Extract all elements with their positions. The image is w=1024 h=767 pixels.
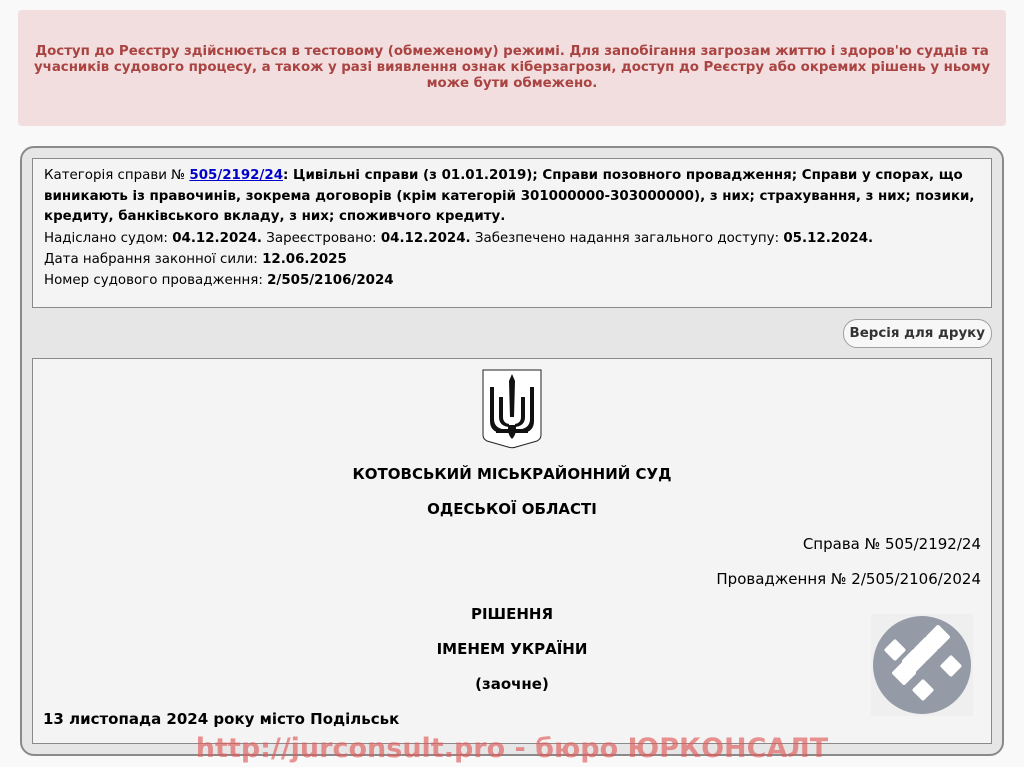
sent-date: 04.12.2024. <box>172 231 262 246</box>
decision-document: КОТОВСЬКИЙ МІСЬКРАЙОННИЙ СУД ОДЕСЬКОЇ ОБ… <box>32 358 992 744</box>
access-notice-text: Доступ до Реєстру здійснюється в тестово… <box>34 44 990 92</box>
case-number: Справа № 505/2192/24 <box>803 535 981 553</box>
decision-container: Категорія справи № 505/2192/24: Цивільні… <box>20 146 1004 756</box>
category-label: Категорія справи № <box>44 168 189 183</box>
court-name: КОТОВСЬКИЙ МІСЬКРАЙОННИЙ СУД <box>33 465 991 483</box>
proceeding-number-doc: Провадження № 2/505/2106/2024 <box>716 570 981 588</box>
effective-date: 12.06.2025 <box>262 252 347 267</box>
date-place: 13 листопада 2024 року місто Подільськ <box>43 710 399 728</box>
case-category: Категорія справи № 505/2192/24: Цивільні… <box>44 166 980 228</box>
case-metadata: Категорія справи № 505/2192/24: Цивільні… <box>32 158 992 308</box>
decision-subtitle: ІМЕНЕМ УКРАЇНИ <box>33 640 991 658</box>
court-region: ОДЕСЬКОЇ ОБЛАСТІ <box>33 500 991 518</box>
registered-date: 04.12.2024. <box>381 231 471 246</box>
access-notice: Доступ до Реєстру здійснюється в тестово… <box>18 10 1006 126</box>
case-number-link[interactable]: 505/2192/24 <box>189 168 283 183</box>
effective-date-line: Дата набрання законної сили: 12.06.2025 <box>44 249 980 270</box>
proceeding-line: Номер судового провадження: 2/505/2106/2… <box>44 270 980 291</box>
registered-label: Зареєстровано: <box>262 231 381 246</box>
effective-label: Дата набрання законної сили: <box>44 252 262 267</box>
public-access-label: Забезпечено надання загального доступу: <box>471 231 784 246</box>
decision-title: РІШЕННЯ <box>33 605 991 623</box>
print-version-button[interactable]: Версія для друку <box>843 319 993 348</box>
decision-type: (заочне) <box>33 675 991 693</box>
dates-line: Надіслано судом: 04.12.2024. Зареєстрова… <box>44 228 980 249</box>
ukraine-coat-of-arms-icon <box>482 369 542 449</box>
public-access-date: 05.12.2024. <box>783 231 873 246</box>
sent-label: Надіслано судом: <box>44 231 172 246</box>
proceeding-label: Номер судового провадження: <box>44 273 267 288</box>
proceeding-number: 2/505/2106/2024 <box>267 273 393 288</box>
jurconsult-logo-icon <box>871 614 973 716</box>
